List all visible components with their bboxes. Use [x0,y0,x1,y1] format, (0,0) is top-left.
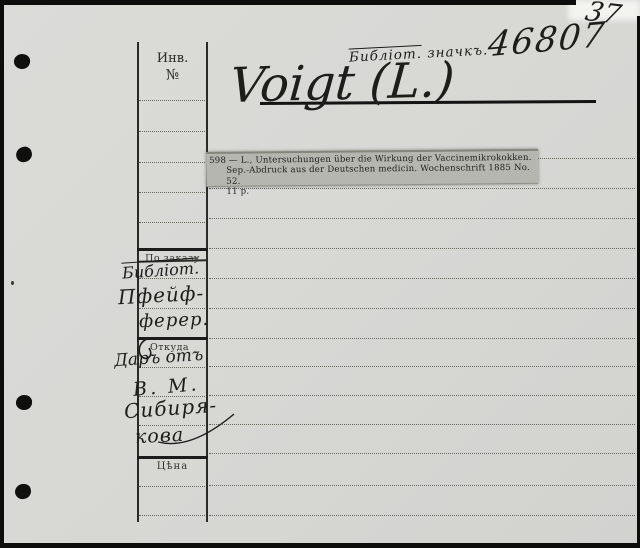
order-entry-handwriting: Библіот. [121,258,199,282]
section-divider [137,248,208,251]
inventory-label: Инв. [157,51,188,66]
pen-flourish-loop [134,336,158,362]
ink-speck [11,281,14,285]
punch-hole [14,145,34,164]
pasted-title-clipping: 598 — L., Untersuchungen über die Wirkun… [206,149,538,187]
dotted-rule-line [209,485,635,486]
punch-hole [13,53,32,71]
dotted-rule-line [209,308,635,309]
numero-sign: № [136,64,208,87]
dotted-rule-line [209,395,635,396]
author-heading-handwriting: Voigt (L.) [228,52,457,114]
order-entry-handwriting: Пфейф- [117,281,204,309]
dotted-rule-line [139,162,205,163]
dotted-rule-line [139,515,205,516]
scan-edge-left [0,0,4,548]
dotted-rule-line [209,515,635,516]
clipping-text-line: 11 p. [206,184,538,197]
dotted-rule-line [139,222,205,223]
punch-hole [15,394,32,411]
dotted-rule-line [139,131,205,132]
inventory-column-header: Инв. № [137,50,208,84]
column-left-rule [137,42,139,522]
dotted-rule-line [209,366,635,367]
dotted-rule-line [209,453,635,454]
scan-edge-bottom [0,543,640,548]
library-catalog-card-scan: Инв. № По заказу Откуда Цѣна 37 Библіот.… [0,0,640,548]
scan-edge-top [0,0,576,5]
dotted-rule-line [209,218,635,219]
dotted-rule-line [139,486,205,487]
pen-flourish-tail [156,410,238,448]
dotted-rule-line [209,424,635,425]
accession-number-handwriting: 46807 [486,15,609,66]
dotted-rule-line [209,248,635,249]
punch-hole [14,483,32,500]
dotted-rule-line [139,100,205,101]
section-divider [137,456,208,459]
order-entry-handwriting: ферер. [139,309,210,332]
price-section-label: Цѣна [137,461,208,472]
dotted-rule-line [209,338,635,339]
dotted-rule-line [209,278,635,279]
dotted-rule-line [139,192,205,193]
column-right-rule [206,42,208,522]
